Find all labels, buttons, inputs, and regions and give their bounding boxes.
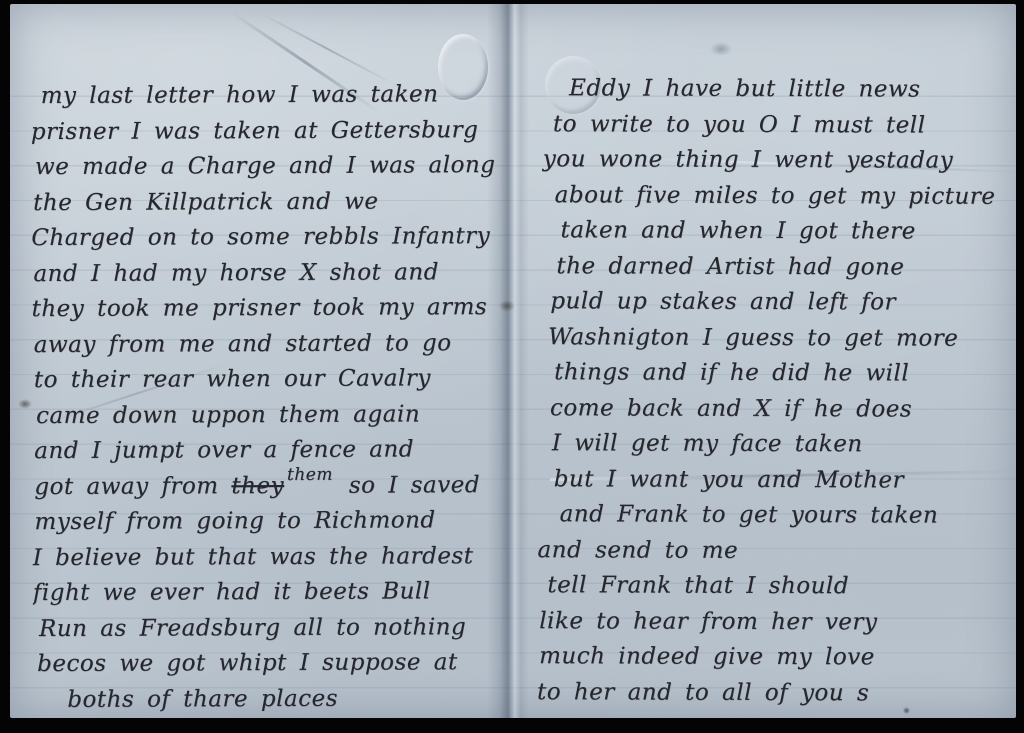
handwriting-line: the darned Artist had gone bbox=[538, 249, 1024, 286]
handwriting-line: tell Frank that I should bbox=[537, 568, 1023, 605]
handwriting-line: but I want you and Mother bbox=[538, 462, 1024, 499]
handwriting-line: much indeed give my love bbox=[537, 639, 1023, 676]
handwriting-line: away from me and started to go bbox=[32, 325, 524, 363]
paper-stain bbox=[710, 42, 732, 56]
handwriting-line: Charged on to some rebbls Infantry bbox=[31, 219, 523, 257]
handwriting-text: got away from bbox=[34, 473, 231, 500]
handwriting-line: I will get my face taken bbox=[538, 426, 1024, 463]
handwriting-line: becos we got whipt I suppose at bbox=[33, 645, 525, 683]
handwriting-line: and I jumpt over a fence and bbox=[32, 432, 524, 470]
handwriting-line: things and if he did he will bbox=[538, 355, 1024, 392]
handwriting-line: you wone thing I went yestaday bbox=[539, 142, 1024, 179]
right-page: Eddy I have but little newsto write to y… bbox=[537, 71, 1024, 725]
handwriting-line: I believe but that was the hardest bbox=[33, 538, 525, 576]
letter-sheet: my last letter how I was takenprisner I … bbox=[10, 4, 1016, 718]
handwriting-line: and I had my horse X shot and bbox=[31, 254, 523, 292]
handwriting-line: and send to me bbox=[537, 533, 1023, 570]
handwriting-line: Run as Freadsburg all to nothing bbox=[33, 609, 525, 647]
handwriting-line: fight we ever had it beets Bull bbox=[33, 574, 525, 612]
paper-crease bbox=[260, 12, 393, 84]
handwriting-line: they took me prisner took my arms bbox=[32, 290, 524, 328]
handwriting-line: to write to you O I must tell bbox=[539, 107, 1024, 144]
handwriting-line: come back and X if he does bbox=[538, 391, 1024, 428]
handwriting-line: came down uppon them again bbox=[32, 396, 524, 434]
handwriting-line: my last letter how I was taken bbox=[31, 77, 523, 115]
handwriting-line: Eddy I have but little news bbox=[539, 71, 1024, 108]
struck-out-word: they bbox=[231, 472, 284, 498]
ink-smudge bbox=[18, 399, 32, 409]
left-page: my last letter how I was takenprisner I … bbox=[31, 77, 526, 727]
handwriting-line: about five miles to get my picture bbox=[539, 178, 1024, 215]
handwriting-line: to their rear when our Cavalry bbox=[32, 361, 524, 399]
handwriting-line: boths of thare places bbox=[33, 680, 525, 718]
handwriting-line: and Frank to get yours taken bbox=[538, 497, 1024, 534]
handwriting-line: taken and when I got there bbox=[539, 213, 1024, 250]
handwriting-line: got away from theythem so I saved bbox=[32, 467, 524, 505]
handwriting-line: like to hear from her very bbox=[537, 604, 1023, 641]
handwriting-text: so I saved bbox=[336, 472, 480, 499]
handwriting-line: prisner I was taken at Gettersburg bbox=[31, 112, 523, 150]
handwriting-line: myself from going to Richmond bbox=[32, 503, 524, 541]
letter-scan-photo: my last letter how I was takenprisner I … bbox=[0, 0, 1024, 733]
handwriting-line: to her and to all of you s bbox=[537, 675, 1023, 712]
handwriting-line: the Gen Killpatrick and we bbox=[31, 183, 523, 221]
handwriting-line: we made a Charge and I was along bbox=[31, 148, 523, 186]
handwriting-line: puld up stakes and left for bbox=[538, 284, 1024, 321]
inserted-word-above-line: them bbox=[287, 464, 333, 484]
handwriting-line: Washnigton I guess to get more bbox=[538, 320, 1024, 357]
